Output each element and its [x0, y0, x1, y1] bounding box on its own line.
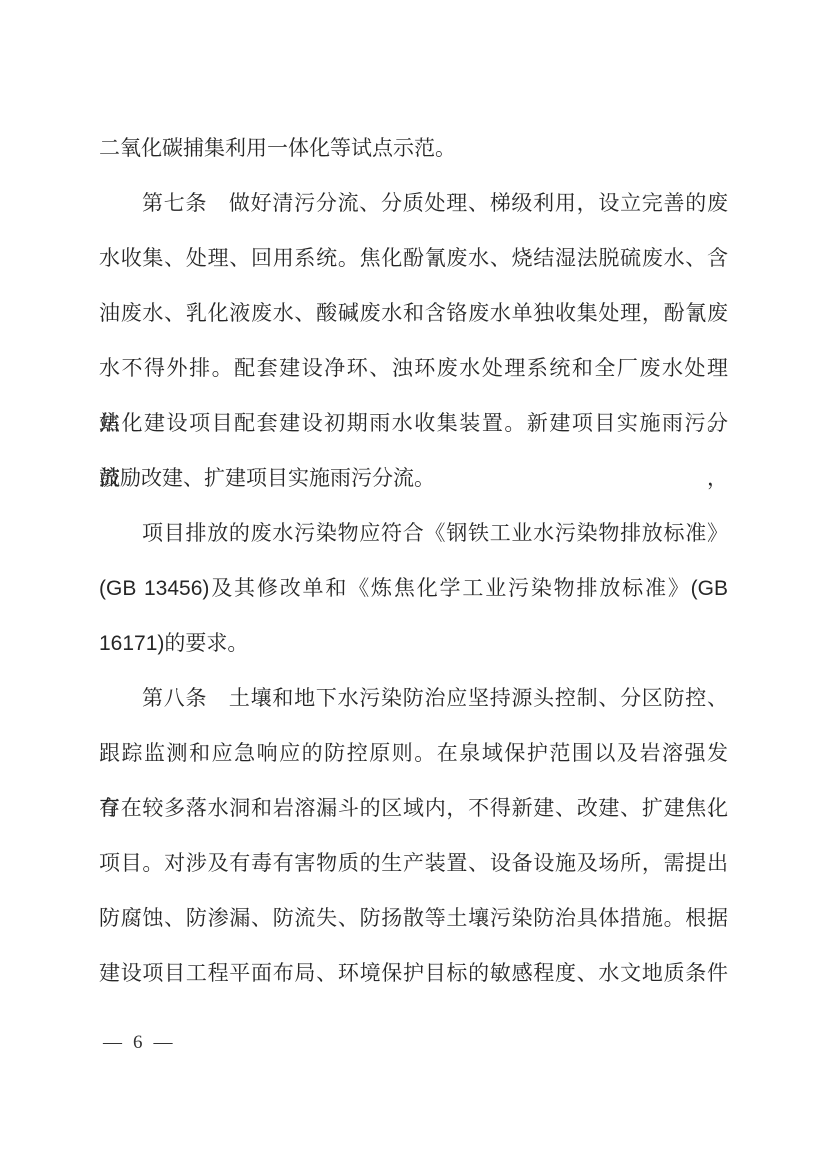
text-line: 存在较多落水洞和岩溶漏斗的区域内，不得新建、改建、扩建焦化: [99, 781, 728, 836]
text-line: 防腐蚀、防渗漏、防流失、防扬散等土壤污染防治具体措施。根据: [99, 891, 728, 946]
text-line: 项目排放的废水污染物应符合《钢铁工业水污染物排放标准》: [99, 506, 728, 561]
footer-page-number: 6: [133, 1032, 143, 1054]
text-line: 跟踪监测和应急响应的防控原则。在泉域保护范围以及岩溶强发育、: [99, 726, 728, 781]
text-line: (GB 13456)及其修改单和《炼焦化学工业污染物排放标准》(GB: [99, 561, 728, 616]
text-line: 水不得外排。配套建设净环、浊环废水处理系统和全厂废水处理站。: [99, 341, 728, 396]
text-line: 焦化建设项目配套建设初期雨水收集装置。新建项目实施雨污分流，: [99, 396, 728, 451]
text-line: 第七条 做好清污分流、分质处理、梯级利用，设立完善的废: [99, 176, 728, 231]
text-line: 建设项目工程平面布局、环境保护目标的敏感程度、水文地质条件: [99, 946, 728, 1001]
document-body: 二氧化碳捕集利用一体化等试点示范。第七条 做好清污分流、分质处理、梯级利用，设立…: [99, 121, 728, 1001]
document-page: 二氧化碳捕集利用一体化等试点示范。第七条 做好清污分流、分质处理、梯级利用，设立…: [0, 0, 826, 1169]
text-line: 项目。对涉及有毒有害物质的生产装置、设备设施及场所，需提出: [99, 836, 728, 891]
footer-dash-left: —: [103, 1032, 122, 1054]
footer-dash-right: —: [154, 1032, 173, 1054]
text-line: 油废水、乳化液废水、酸碱废水和含铬废水单独收集处理，酚氰废: [99, 286, 728, 341]
page-footer: — 6 —: [103, 1030, 173, 1056]
text-line: 二氧化碳捕集利用一体化等试点示范。: [99, 121, 728, 176]
text-line: 第八条 土壤和地下水污染防治应坚持源头控制、分区防控、: [99, 671, 728, 726]
text-line: 水收集、处理、回用系统。焦化酚氰废水、烧结湿法脱硫废水、含: [99, 231, 728, 286]
text-line: 16171)的要求。: [99, 616, 728, 671]
